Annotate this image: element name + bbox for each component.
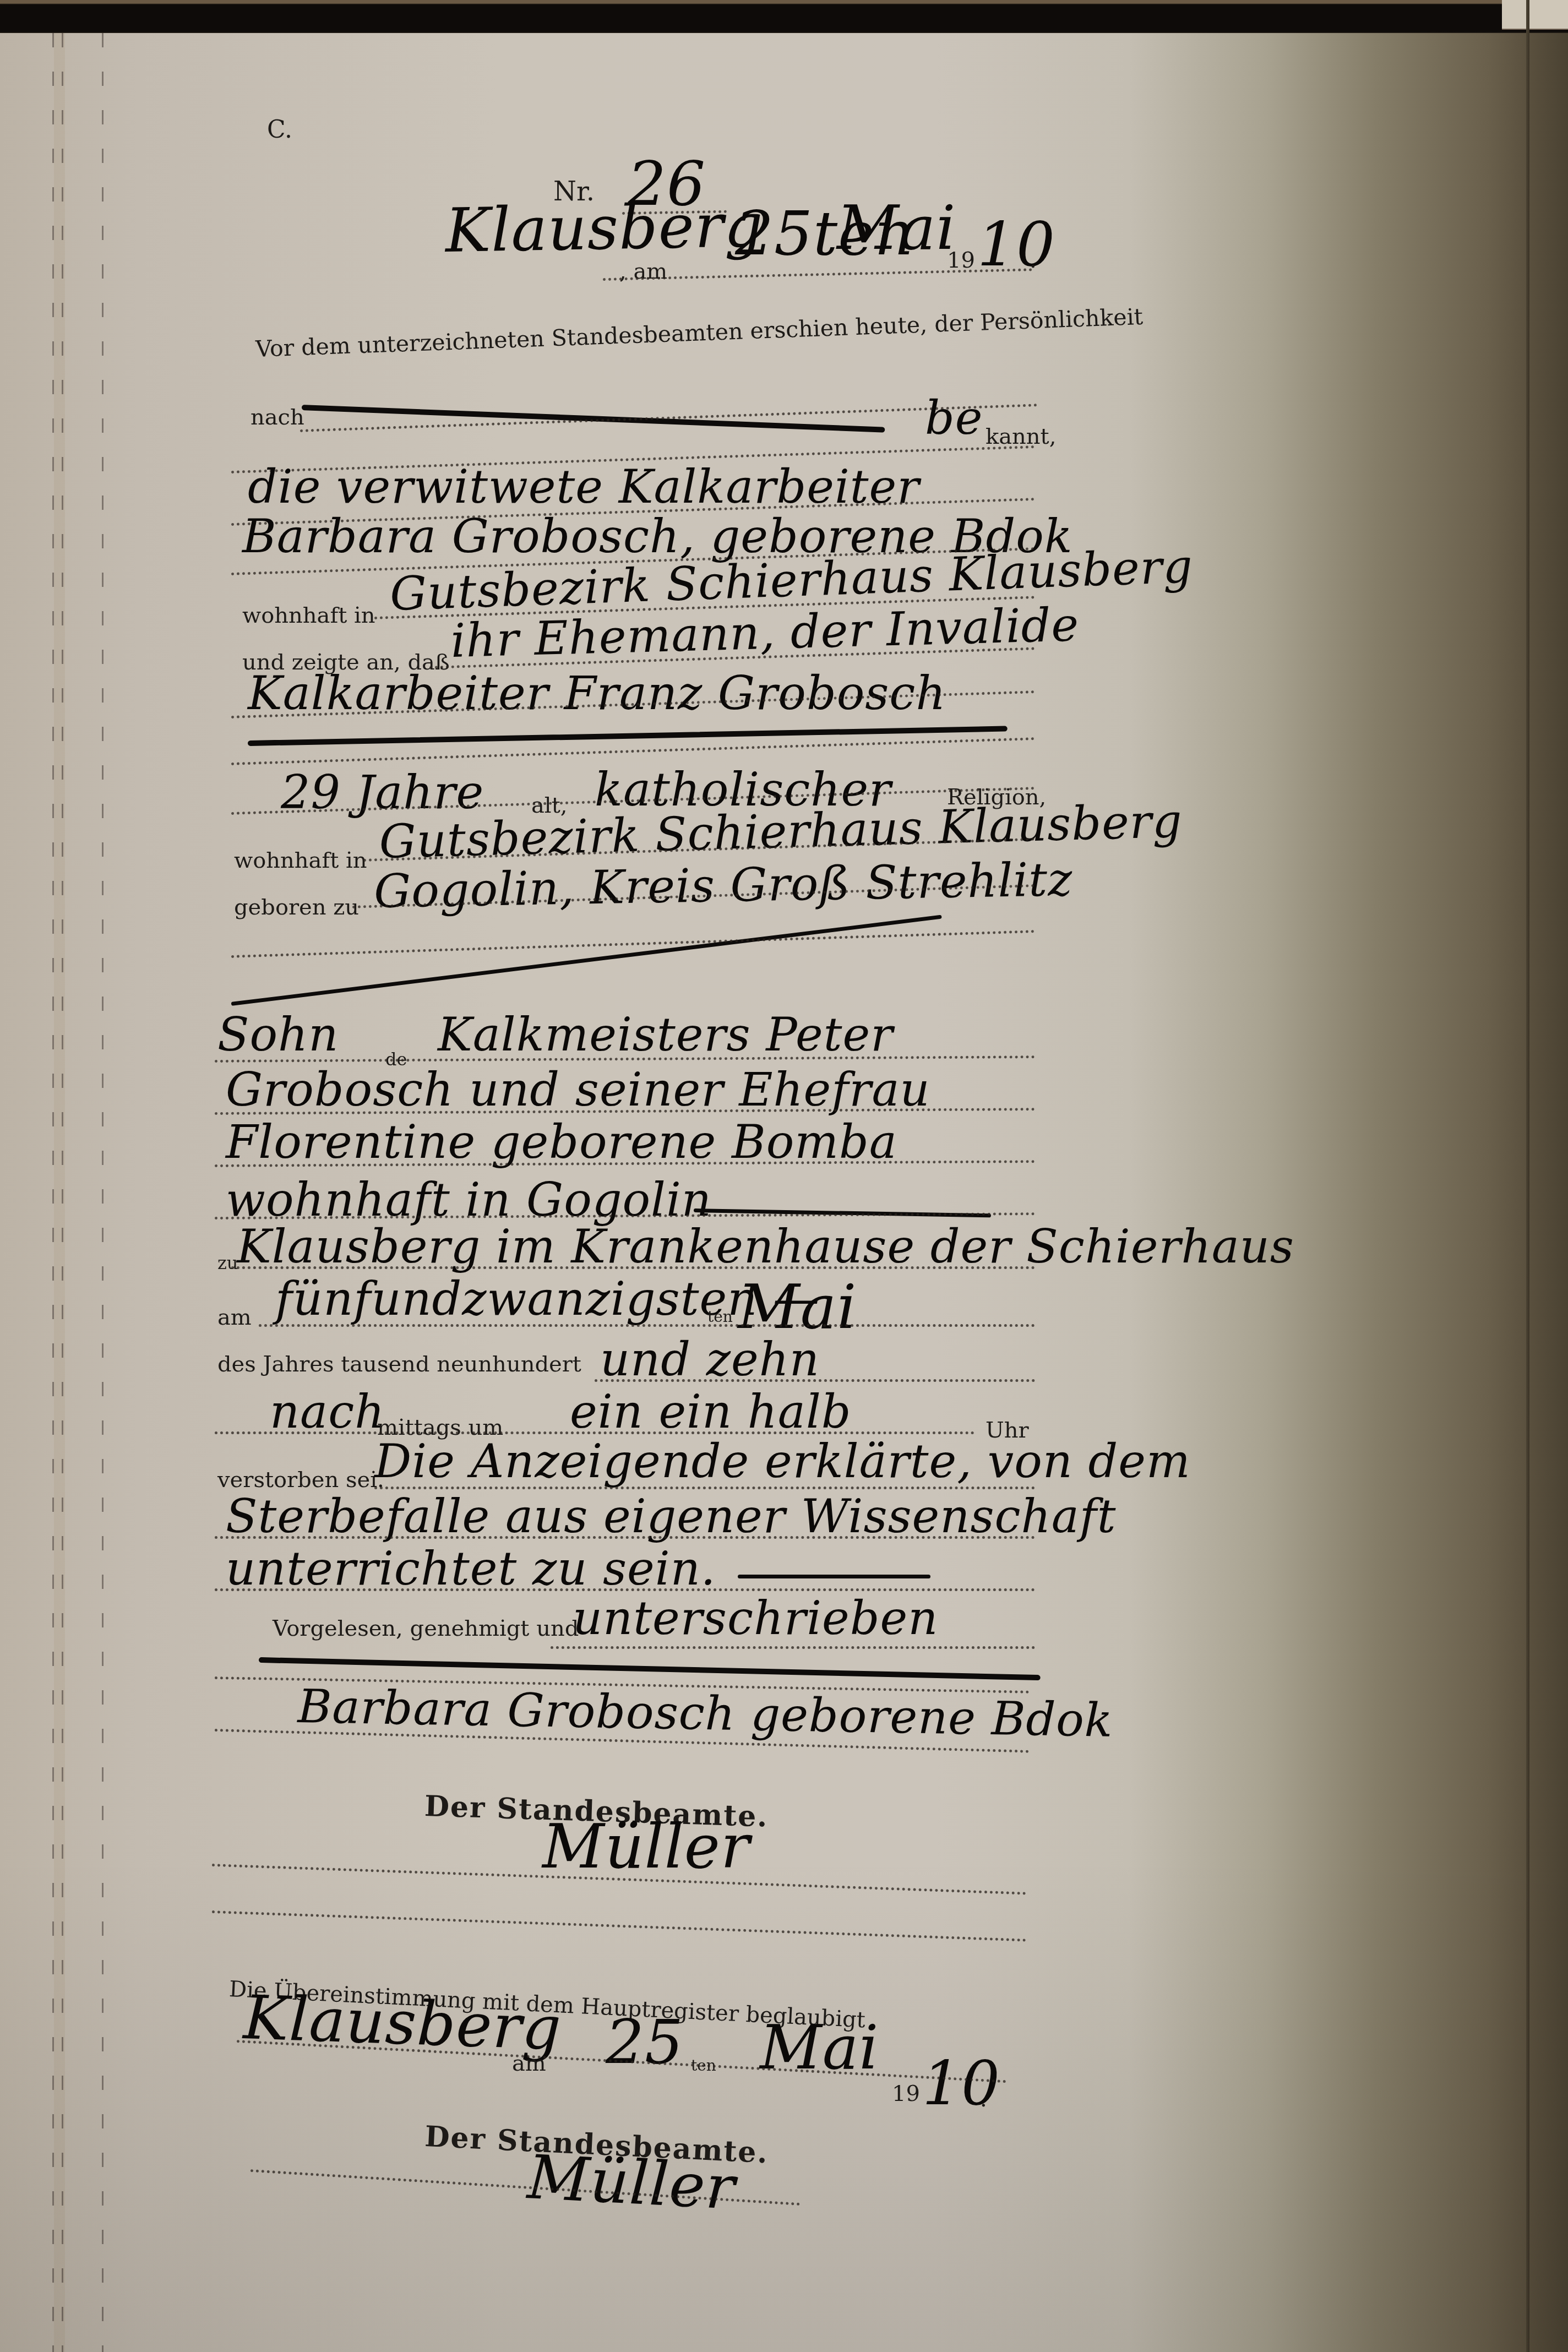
registrar-signature: Müller — [542, 1811, 750, 1882]
time-prefix: nach — [270, 1385, 385, 1439]
birthplace: Gogolin, Kreis Groß Strehlitz — [373, 852, 1073, 918]
strike-line — [738, 1575, 930, 1578]
cert-day: 25 — [606, 2007, 684, 2077]
death-register-form: C. Nr. 26 Klausberg , am 25ten Mai 19 10… — [0, 0, 1568, 2352]
ten-label: ten — [707, 1308, 733, 1326]
strike-line — [231, 915, 942, 1006]
statement-line-1: Die Anzeigende erklärte, von dem — [374, 1434, 1191, 1488]
dotted-line — [212, 1910, 1026, 1942]
cert-registrar-signature: Müller — [526, 2142, 737, 2223]
parents-line-1: Kalkmeisters Peter — [438, 1008, 893, 1061]
dotted-line — [259, 1324, 1035, 1327]
wohnhaft-label-2: wohnhaft in — [234, 848, 367, 873]
series-letter: C. — [267, 116, 292, 144]
death-year-words: und zehn — [600, 1332, 820, 1386]
parents-relation: Sohn — [217, 1008, 339, 1061]
geboren-label: geboren zu — [234, 895, 359, 920]
death-month: Mai — [738, 1272, 857, 1342]
death-place: Klausberg im Krankenhause der Schierhaus — [237, 1219, 1294, 1273]
dotted-line — [215, 1536, 1035, 1539]
nach-label: nach — [251, 405, 304, 430]
cert-period: . — [980, 2087, 987, 2112]
registry-place: Klausberg — [445, 190, 764, 266]
cert-year-prefix: 19 — [892, 2081, 920, 2106]
registry-month: Mai — [837, 193, 956, 263]
vorgelesen-label: Vorgelesen, genehmigt und — [273, 1616, 579, 1641]
strike-line — [259, 1657, 1041, 1680]
intro-text: Vor dem unterzeichneten Standesbeamten e… — [255, 303, 1144, 362]
vorgelesen-signed: unterschrieben — [573, 1591, 938, 1645]
parents-line-3: Florentine geborene Bomba — [226, 1115, 897, 1169]
statement-line-2: Sterbefalle aus eigener Wissenschaft — [226, 1489, 1117, 1543]
zu-label: zu — [217, 1253, 238, 1273]
am-label-death: am — [217, 1305, 252, 1330]
am-label: , am — [619, 259, 667, 284]
wohnhaft-label: wohnhaft in — [242, 603, 375, 628]
death-time: ein ein halb — [570, 1385, 852, 1439]
bekannt-prefix: be — [925, 391, 983, 445]
informant-signature: Barbara Grobosch geborene Bdok — [297, 1679, 1114, 1747]
dotted-line — [551, 1646, 1035, 1649]
dotted-line — [595, 1379, 1035, 1382]
jahres-label: des Jahres tausend neunhundert — [217, 1352, 581, 1377]
statement-line-3: unterrichtet zu sein. — [226, 1542, 716, 1596]
cert-year-suffix: 10 — [922, 2048, 1000, 2119]
dotted-line — [231, 1266, 1035, 1269]
